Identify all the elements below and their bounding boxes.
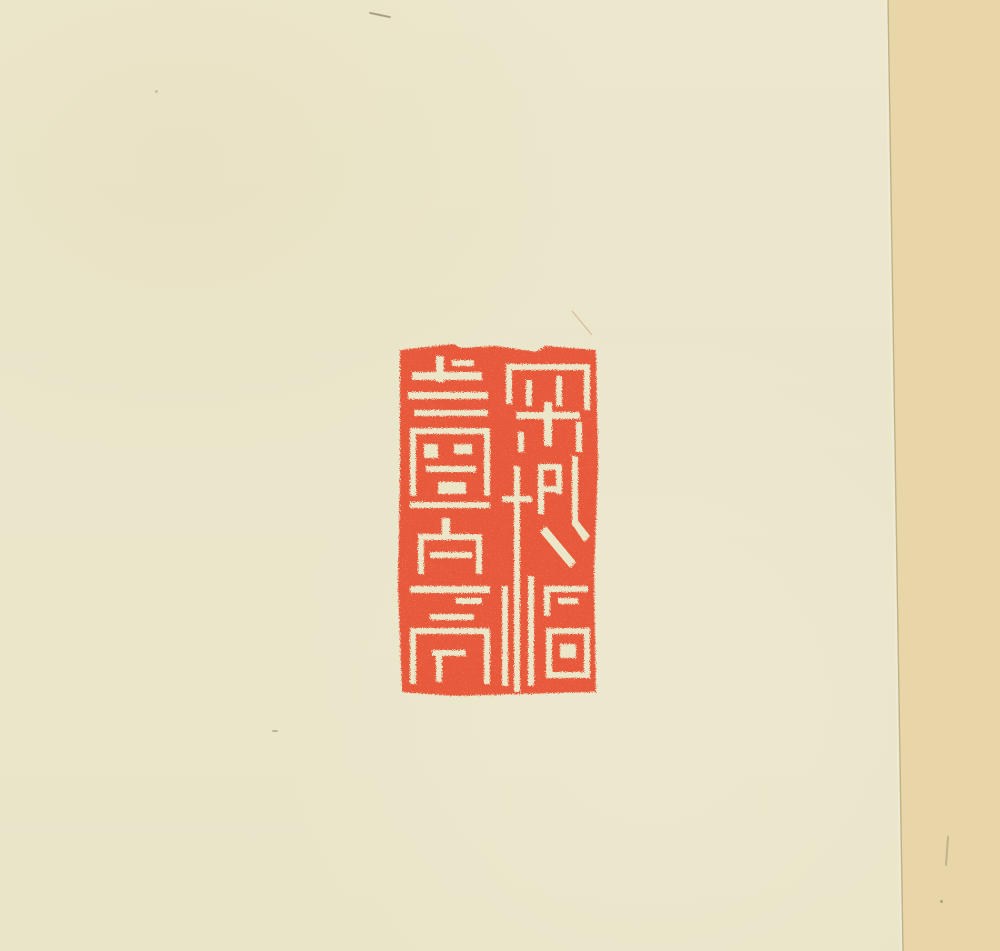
paper-fleck: [155, 90, 158, 93]
seal-impression: [396, 336, 600, 698]
paper-fleck: [940, 900, 943, 903]
paper-fleck: [272, 730, 278, 732]
